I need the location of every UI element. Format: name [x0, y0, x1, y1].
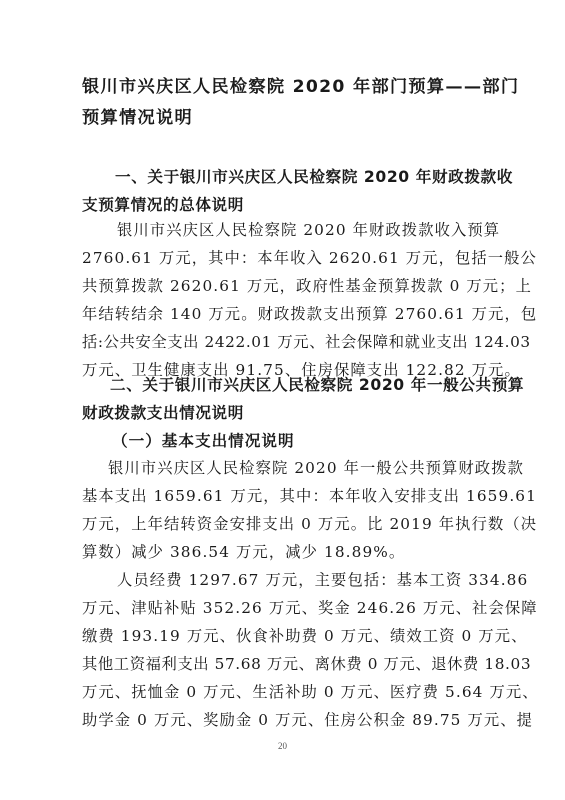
section2-paragraph2-line: 缴费 193.19 万元、伙食补助费 0 万元、绩效工资 0 万元、	[82, 624, 528, 646]
page-number: 20	[0, 741, 565, 751]
section2-paragraph2-line: 其他工资福利支出 57.68 万元、离休费 0 万元、退休费 18.03	[82, 652, 531, 674]
section1-heading-line-1: 一、关于银川市兴庆区人民检察院 2020 年财政拨款收	[115, 165, 513, 187]
document-title-line-1: 银川市兴庆区人民检察院 2020 年部门预算——部门	[82, 72, 519, 97]
section2-paragraph2-line: 万元、津贴补贴 352.26 万元、奖金 246.26 万元、社会保障	[82, 596, 538, 618]
section1-paragraph-line: 共预算拨款 2620.61 万元，政府性基金预算拨款 0 万元；上	[82, 274, 532, 296]
section2-paragraph1-line: 万元，上年结转资金安排支出 0 万元。比 2019 年执行数（决	[82, 512, 537, 534]
section2-paragraph2-line: 人员经费 1297.67 万元，主要包括：基本工资 334.86	[117, 568, 528, 590]
section2-paragraph1-line: 基本支出 1659.61 万元，其中：本年收入安排支出 1659.61	[82, 484, 537, 506]
section2-paragraph2-line: 万元、抚恤金 0 万元、生活补助 0 万元、医疗费 5.64 万元、	[82, 680, 539, 702]
section1-paragraph-line: 2760.61 万元，其中：本年收入 2620.61 万元，包括一般公	[82, 246, 537, 268]
section1-paragraph-line: 银川市兴庆区人民检察院 2020 年财政拨款收入预算	[117, 218, 500, 240]
section2-paragraph1-line: 算数）减少 386.54 万元，减少 18.89%。	[82, 540, 405, 562]
section1-paragraph-line: 年结转结余 140 万元。财政拨款支出预算 2760.61 万元，包	[82, 302, 537, 324]
section1-heading-line-2: 支预算情况的总体说明	[82, 193, 244, 215]
section1-paragraph-line: 括:公共安全支出 2422.01 万元、社会保障和就业支出 124.03	[82, 330, 531, 352]
section2-heading-line-2: 财政拨款支出情况说明	[82, 401, 244, 423]
section2-paragraph2-line: 助学金 0 万元、奖励金 0 万元、住房公积金 89.75 万元、提	[82, 708, 533, 730]
section2-heading-line-1: 二、关于银川市兴庆区人民检察院 2020 年一般公共预算	[110, 373, 524, 395]
section2-paragraph1-line: 银川市兴庆区人民检察院 2020 年一般公共预算财政拨款	[108, 456, 524, 478]
section2-subheading: （一）基本支出情况说明	[112, 429, 295, 451]
document-title-line-2: 预算情况说明	[82, 103, 193, 128]
